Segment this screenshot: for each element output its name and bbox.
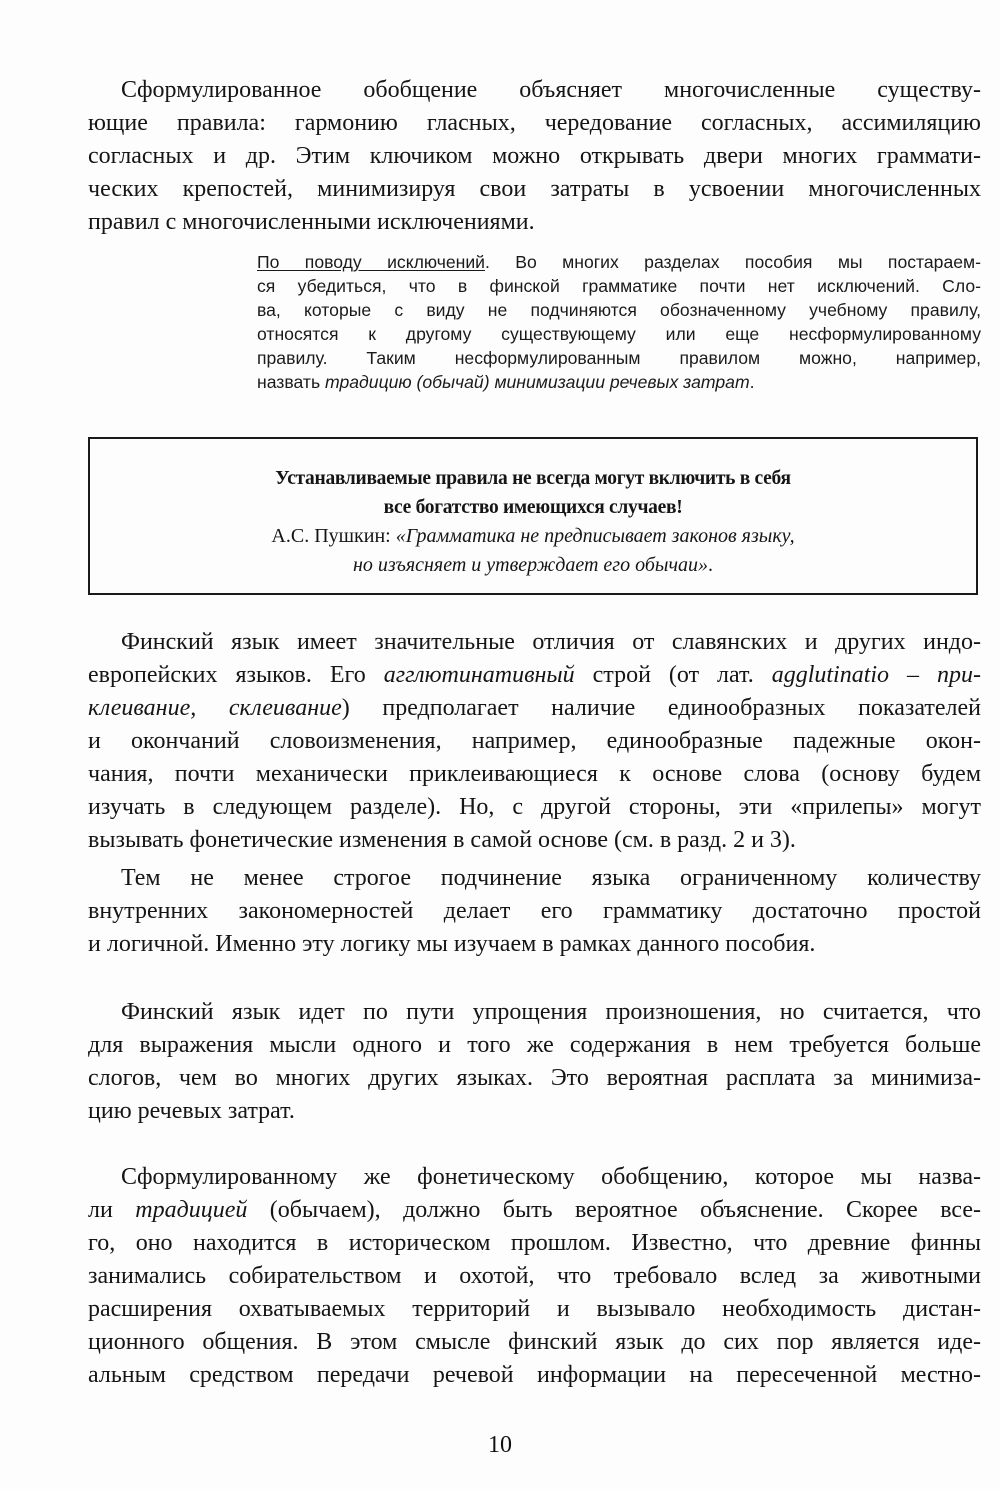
term-agglutinative: агглютинативный [384,662,575,688]
note-line: правилу. Таким несформулированным правил… [257,346,981,370]
text-line: и окончаний словоизменения, например, ед… [88,725,981,758]
text-line: для выражения мысли одного и того же сод… [88,1029,981,1062]
text-line: ческих крепостей, минимизируя свои затра… [88,173,981,206]
callout-bold-line: Устанавливаемые правила не всегда могут … [90,464,976,493]
paragraph-3: Тем не менее строгое подчинение языка ог… [88,862,981,961]
text-line: слогов, чем во многих других языках. Это… [88,1062,981,1095]
note-line: относятся к другому существующему или ещ… [257,322,981,346]
paragraph-4: Финский язык идет по пути упрощения прои… [88,996,981,1128]
text-line: правил с многочисленными исключениями. [88,206,981,239]
page-number: 10 [0,1432,1000,1459]
text-line: цию речевых затрат. [88,1095,981,1128]
quote-author: А.С. Пушкин: [271,525,395,547]
text-line: согласных и др. Этим ключиком можно откр… [88,140,981,173]
text-line: Сформулированное обобщение объясняет мно… [121,77,981,103]
callout-bold-line: все богатство имеющихся случаев! [90,493,976,522]
text-line: изучать в следующем разделе). Но, с друг… [88,791,981,824]
paragraph-5: Сформулированному же фонетическому обобщ… [88,1161,981,1392]
note-line: ся убедиться, что в финской грамматике п… [257,274,981,298]
paragraph-2: Финский язык имеет значительные отличия … [88,626,981,857]
side-note: По поводу исключений. Во многих разделах… [257,250,981,394]
term-tradition: традицией [135,1197,247,1223]
note-heading: По поводу исключений [257,252,485,272]
text-line: вызывать фонетические изменения в самой … [88,824,981,857]
text-line: альным средством передачи речевой информ… [88,1359,981,1392]
text-line: занимались собирательством и охотой, что… [88,1260,981,1293]
book-page: Сформулированное обобщение объясняет мно… [0,0,1000,1489]
text-line: и логичной. Именно эту логику мы изучаем… [88,928,981,961]
text-line: внутренних закономерностей делает его гр… [88,895,981,928]
callout-box: Устанавливаемые правила не всегда могут … [88,437,978,595]
note-emphasis: традицию (обычай) минимизации речевых за… [325,372,750,392]
text-line: ющие правила: гармонию гласных, чередова… [88,107,981,140]
latin-term: agglutinatio – при- [772,662,981,688]
paragraph-1: Сформулированное обобщение объясняет мно… [88,74,981,239]
text-line: чания, почти механически приклеивающиеся… [88,758,981,791]
text-line: расширения охватываемых территорий и выз… [88,1293,981,1326]
text-line: ционного общения. В этом смысле финский … [88,1326,981,1359]
note-line: ва, которые с виду не подчиняются обозна… [257,298,981,322]
callout-quote: А.С. Пушкин: «Грамматика не предписывает… [90,522,976,551]
text-line: го, оно находится в историческом прошлом… [88,1227,981,1260]
